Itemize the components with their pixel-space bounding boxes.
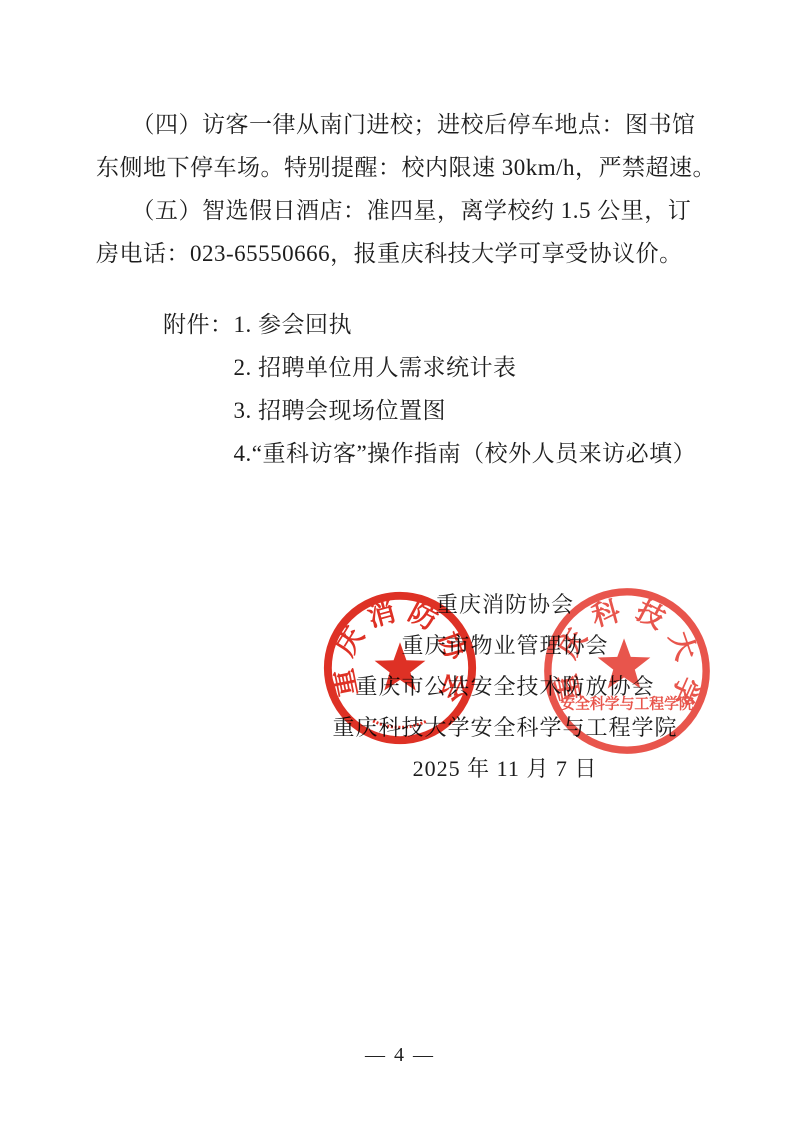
attachments-block: 附件： 1. 参会回执2. 招聘单位用人需求统计表3. 招聘会现场位置图4.“重… xyxy=(163,303,696,475)
attachment-item: 3. 招聘会现场位置图 xyxy=(234,389,697,432)
seal-left-graphic: 重庆消防协会 xyxy=(316,584,484,752)
document-page: （四）访客一律从南门进校；进校后停车地点：图书馆东侧地下停车场。特别提醒：校内限… xyxy=(0,0,800,1131)
body-text-block: （四）访客一律从南门进校；进校后停车地点：图书馆东侧地下停车场。特别提醒：校内限… xyxy=(96,103,708,275)
attachment-item: 2. 招聘单位用人需求统计表 xyxy=(234,346,697,389)
attachment-item: 4.“重科访客”操作指南（校外人员来访必填） xyxy=(234,432,697,475)
attachment-item: 1. 参会回执 xyxy=(234,303,697,346)
stamp-serial-number xyxy=(373,721,427,727)
page-number: — 4 — xyxy=(0,1044,800,1067)
body-text-line: 东侧地下停车场。特别提醒：校内限速 30km/h，严禁超速。 xyxy=(96,146,708,189)
seal-right-inner-text: 安全科学与工程学院 xyxy=(560,695,694,713)
star-icon xyxy=(598,638,651,688)
body-text-line: （五）智选假日酒店：准四星，离学校约 1.5 公里，订 xyxy=(96,189,708,232)
official-seal-left: 重庆消防协会 xyxy=(316,584,484,752)
official-seal-right: 重庆科技大学 安全科学与工程学院 xyxy=(533,577,721,765)
body-text-line: 房电话：023-65550666，报重庆科技大学可享受协议价。 xyxy=(96,232,708,275)
attachments-list: 1. 参会回执2. 招聘单位用人需求统计表3. 招聘会现场位置图4.“重科访客”… xyxy=(234,303,697,475)
body-text-line: （四）访客一律从南门进校；进校后停车地点：图书馆 xyxy=(96,103,708,146)
star-icon xyxy=(375,642,426,690)
attachments-label: 附件： xyxy=(163,303,234,346)
seal-right-graphic: 重庆科技大学 安全科学与工程学院 xyxy=(533,577,721,765)
